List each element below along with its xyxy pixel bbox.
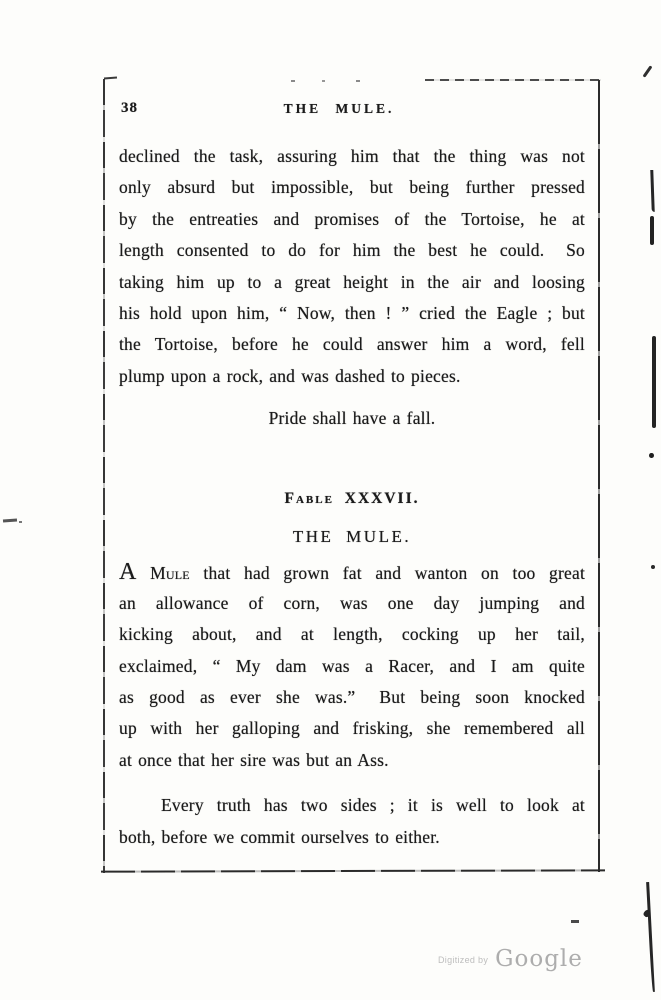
lead-word: Mule: [150, 563, 190, 583]
scan-artifact-edge: [652, 336, 656, 428]
scan-speck: [571, 920, 579, 923]
digitized-watermark: Digitized by Google: [438, 948, 583, 971]
fable-title: THE MULE.: [119, 526, 585, 548]
scan-speck: [356, 80, 360, 82]
text-line: his hold upon him, “ Now, then ! ” cried…: [119, 298, 585, 329]
scan-speck: [291, 80, 295, 82]
text-line: an allowance of corn, was one day jumpin…: [119, 588, 585, 619]
text-line: length consented to do for him the best …: [119, 235, 585, 266]
scan-speck: [19, 521, 22, 523]
lead-capital: A: [119, 559, 137, 585]
text-line: plump upon a rock, and was dashed to pie…: [119, 361, 585, 392]
running-header: THE MULE.: [119, 101, 559, 117]
fable-first-line-rest: that had grown fat and wanton on too gre…: [203, 563, 585, 583]
text-line: at once that her sire was but an Ass.: [119, 745, 585, 776]
text-line: the Tortoise, before he could answer him…: [119, 329, 585, 360]
paragraph-continuation: declined the task, assuring him that the…: [119, 141, 585, 392]
scan-border-left: [103, 79, 105, 873]
scanned-book-page: 38 THE MULE. declined the task, assuring…: [0, 0, 661, 1000]
paragraph-moral: Every truth has two sides ; it is well t…: [119, 790, 585, 853]
text-line: Every truth has two sides ; it is well t…: [119, 790, 585, 821]
text-line: exclaimed, “ My dam was a Racer, and I a…: [119, 651, 585, 682]
text-block: declined the task, assuring him that the…: [119, 141, 585, 853]
scan-artifact-tick: [643, 65, 653, 77]
google-logo: Google: [495, 948, 583, 971]
moral-previous-fable: Pride shall have a fall.: [119, 403, 585, 434]
scan-artifact-edge: [650, 170, 654, 212]
scan-speck: [649, 453, 654, 458]
fable-lines: an allowance of corn, was one day jumpin…: [119, 588, 585, 776]
scan-speck: [651, 565, 655, 569]
text-line: both, before we commit ourselves to eith…: [119, 822, 585, 853]
text-line: declined the task, assuring him that the…: [119, 141, 585, 172]
fable-first-line: A Mule that had grown fat and wanton on …: [119, 557, 585, 588]
text-line: taking him up to a great height in the a…: [119, 267, 585, 298]
scan-artifact-edge: [646, 882, 654, 992]
watermark-prefix: Digitized by: [438, 955, 488, 965]
text-line: by the entreaties and promises of the To…: [119, 204, 585, 235]
scan-artifact-margin-dash: [3, 519, 17, 523]
text-line: as good as ever she was.” But being soon…: [119, 682, 585, 713]
scan-border-right: [598, 80, 600, 872]
text-line: kicking about, and at length, cocking up…: [119, 619, 585, 650]
fable-number-heading: Fable XXXVII.: [119, 488, 585, 509]
scan-border-top-dashed: [425, 79, 601, 81]
scan-border-corner-top-left: [104, 77, 117, 80]
scan-speck: [322, 80, 325, 82]
text-line: up with her galloping and frisking, she …: [119, 713, 585, 744]
scan-border-bottom-dashed: [101, 869, 605, 873]
paragraph-fable: A Mule that had grown fat and wanton on …: [119, 557, 585, 777]
scan-artifact-edge: [650, 216, 654, 245]
text-line: only absurd but impossible, but being fu…: [119, 172, 585, 203]
